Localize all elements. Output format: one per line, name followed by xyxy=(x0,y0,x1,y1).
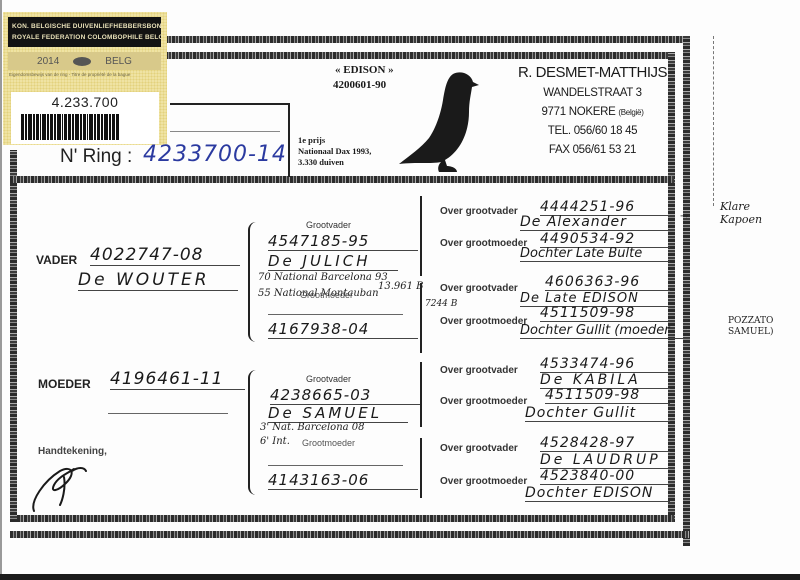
ggp-label: Over grootvader xyxy=(440,283,518,294)
ggp-side-note: POZZATO SAMUEL) xyxy=(728,316,774,338)
mother-grandmother-ring: 4143163-06 xyxy=(268,471,418,490)
scan-bottom-edge xyxy=(0,574,800,580)
mother-grandfather-label: Grootvader xyxy=(306,374,351,384)
ggp-label: Over grootmoeder xyxy=(440,396,527,407)
ggp-name: Dochter Late Bulte xyxy=(520,246,670,262)
famous-bird-ring: 4200601-90 xyxy=(333,79,386,91)
grandfather-bracket xyxy=(418,196,422,276)
mother-bracket xyxy=(248,370,258,495)
pigeon-silhouette-icon xyxy=(395,68,485,176)
grandmother-bracket xyxy=(418,438,422,498)
mother-grandfather-note: 6' Int. xyxy=(260,436,290,447)
famous-bird-name: « EDISON » xyxy=(335,64,394,76)
ggp-label: Over grootmoeder xyxy=(440,316,527,327)
sticker-federation-band: KON. BELGISCHE DUIVENLIEFHEBBERSBOND ROY… xyxy=(8,17,161,47)
ggp-label: Over grootmoeder xyxy=(440,238,527,249)
side-note-line: POZZATO xyxy=(728,316,774,327)
mother-grandfather-ring: 4238665-03 xyxy=(270,386,420,405)
breeder-address-block: R. DESMET-MATTHIJS WANDELSTRAAT 3 9771 N… xyxy=(510,64,675,163)
ggp-label: Over grootvader xyxy=(440,206,518,217)
side-note-line: Klare xyxy=(720,200,762,213)
grandfather-bracket xyxy=(418,362,422,427)
father-grandfather-label: Grootvader xyxy=(306,220,351,230)
mother-ring: 4196461-11 xyxy=(110,369,245,390)
ggp-ring: 4511509-98 xyxy=(545,387,670,404)
mother-grandfather-name: De SAMUEL xyxy=(268,404,408,423)
ggp-name: De Alexander xyxy=(520,214,670,231)
father-grandfather-note: 70 National Barcelona 93 xyxy=(258,272,388,283)
signature-scribble-icon xyxy=(28,455,98,515)
ggp-label: Over grootmoeder xyxy=(440,476,527,487)
mother-name-rule xyxy=(108,413,228,414)
ggp-ring: 4528428-97 xyxy=(540,435,670,452)
breeder-city-line: 9771 NOKERE (België) xyxy=(510,106,675,118)
sticker-subtitle: Eigendomsbewijs van de ring - Titre de p… xyxy=(9,72,161,77)
border-left xyxy=(10,150,17,522)
prize-line: 1e prijs xyxy=(298,135,371,146)
grandmother-bracket xyxy=(418,283,422,353)
prize-line: 3.330 duiven xyxy=(298,157,371,168)
federation-name-nl: KON. BELGISCHE DUIVENLIEFHEBBERSBOND xyxy=(12,21,157,32)
border-right-outer xyxy=(683,36,690,546)
crest-icon xyxy=(73,57,91,66)
federation-name-fr: ROYALE FEDERATION COLOMBOPHILE BELGE xyxy=(12,32,157,43)
ring-box-right xyxy=(288,103,290,177)
arrow-icon: → xyxy=(680,211,688,222)
ggp-ring: 4523840-00 xyxy=(540,468,670,485)
father-grandmother-ring: 4167938-04 xyxy=(268,320,418,339)
side-note-line: Kapoen xyxy=(720,213,762,226)
ggp-label: Over grootvader xyxy=(440,443,518,454)
ggp-name: Dochter EDISON xyxy=(525,485,670,502)
mother-grandmother-label: Grootmoeder xyxy=(302,438,355,448)
side-note-line: SAMUEL) xyxy=(728,327,774,338)
grandmother-rule xyxy=(268,314,403,315)
ggp-name: De LAUDRUP xyxy=(540,452,670,469)
ggp-side-note: Klare Kapoen xyxy=(720,200,762,226)
ggp-ring: 4606363-96 xyxy=(545,274,670,291)
barcode-icon xyxy=(21,114,147,140)
sticker-year-row: 2014 BELG xyxy=(8,52,161,70)
ggp-name: Dochter Gullit (moeder xyxy=(520,323,690,339)
sticker-year: 2014 xyxy=(37,56,59,67)
breeder-tel: TEL. 056/60 18 45 xyxy=(510,125,675,137)
border-top-outer xyxy=(165,36,690,43)
header-divider xyxy=(10,176,674,183)
father-grandmother-note: 13.961 B xyxy=(378,281,424,292)
ring-number-label: N' Ring : xyxy=(60,146,132,168)
ggp-name: Dochter Gullit xyxy=(525,405,670,422)
famous-bird-prize: 1e prijs Nationaal Dax 1993, 3.330 duive… xyxy=(298,135,371,168)
ggp-label: Over grootvader xyxy=(440,365,518,376)
breeder-city: 9771 NOKERE xyxy=(541,106,615,118)
ring-number-value: 4233700-14 xyxy=(143,142,287,167)
mother-grandfather-note: 3' Nat. Barcelona 08 xyxy=(260,422,365,433)
border-top-inner xyxy=(165,52,673,59)
father-grandmother-note: 7244 B xyxy=(425,299,457,309)
breeder-name: R. DESMET-MATTHIJS xyxy=(510,64,675,81)
sticker-country: BELG xyxy=(105,56,132,67)
father-grandfather-name: De JULICH xyxy=(268,252,398,271)
father-label: VADER xyxy=(36,253,77,267)
scan-edge xyxy=(0,0,2,574)
father-name: De WOUTER xyxy=(78,270,238,291)
father-grandmother-label: Grootmoeder xyxy=(300,290,353,300)
prize-line: Nationaal Dax 1993, xyxy=(298,146,371,157)
father-ring: 4022747-08 xyxy=(90,245,240,266)
mother-label: MOEDER xyxy=(38,377,91,391)
fold-line xyxy=(713,36,714,206)
breeder-country: (België) xyxy=(618,108,643,117)
federation-ring-sticker: KON. BELGISCHE DUIVENLIEFHEBBERSBOND ROY… xyxy=(3,12,167,145)
ring-box-top xyxy=(170,103,290,105)
ring-box-rule xyxy=(170,131,280,132)
ggp-ring: 4533474-96 xyxy=(540,356,670,373)
father-bracket xyxy=(248,222,258,342)
pedigree-certificate: KON. BELGISCHE DUIVENLIEFHEBBERSBOND ROY… xyxy=(0,0,800,580)
border-bottom-outer xyxy=(10,531,690,538)
father-grandfather-ring: 4547185-95 xyxy=(268,232,418,251)
ggp-ring: 4511509-98 xyxy=(540,305,670,322)
breeder-street: WANDELSTRAAT 3 xyxy=(510,87,675,99)
sticker-number: 4.233.700 xyxy=(11,94,159,110)
border-bottom-inner xyxy=(10,515,674,522)
breeder-fax: FAX 056/61 53 21 xyxy=(510,144,675,156)
sticker-barcode-area: 4.233.700 xyxy=(11,92,159,144)
grandmother-rule xyxy=(268,465,403,466)
